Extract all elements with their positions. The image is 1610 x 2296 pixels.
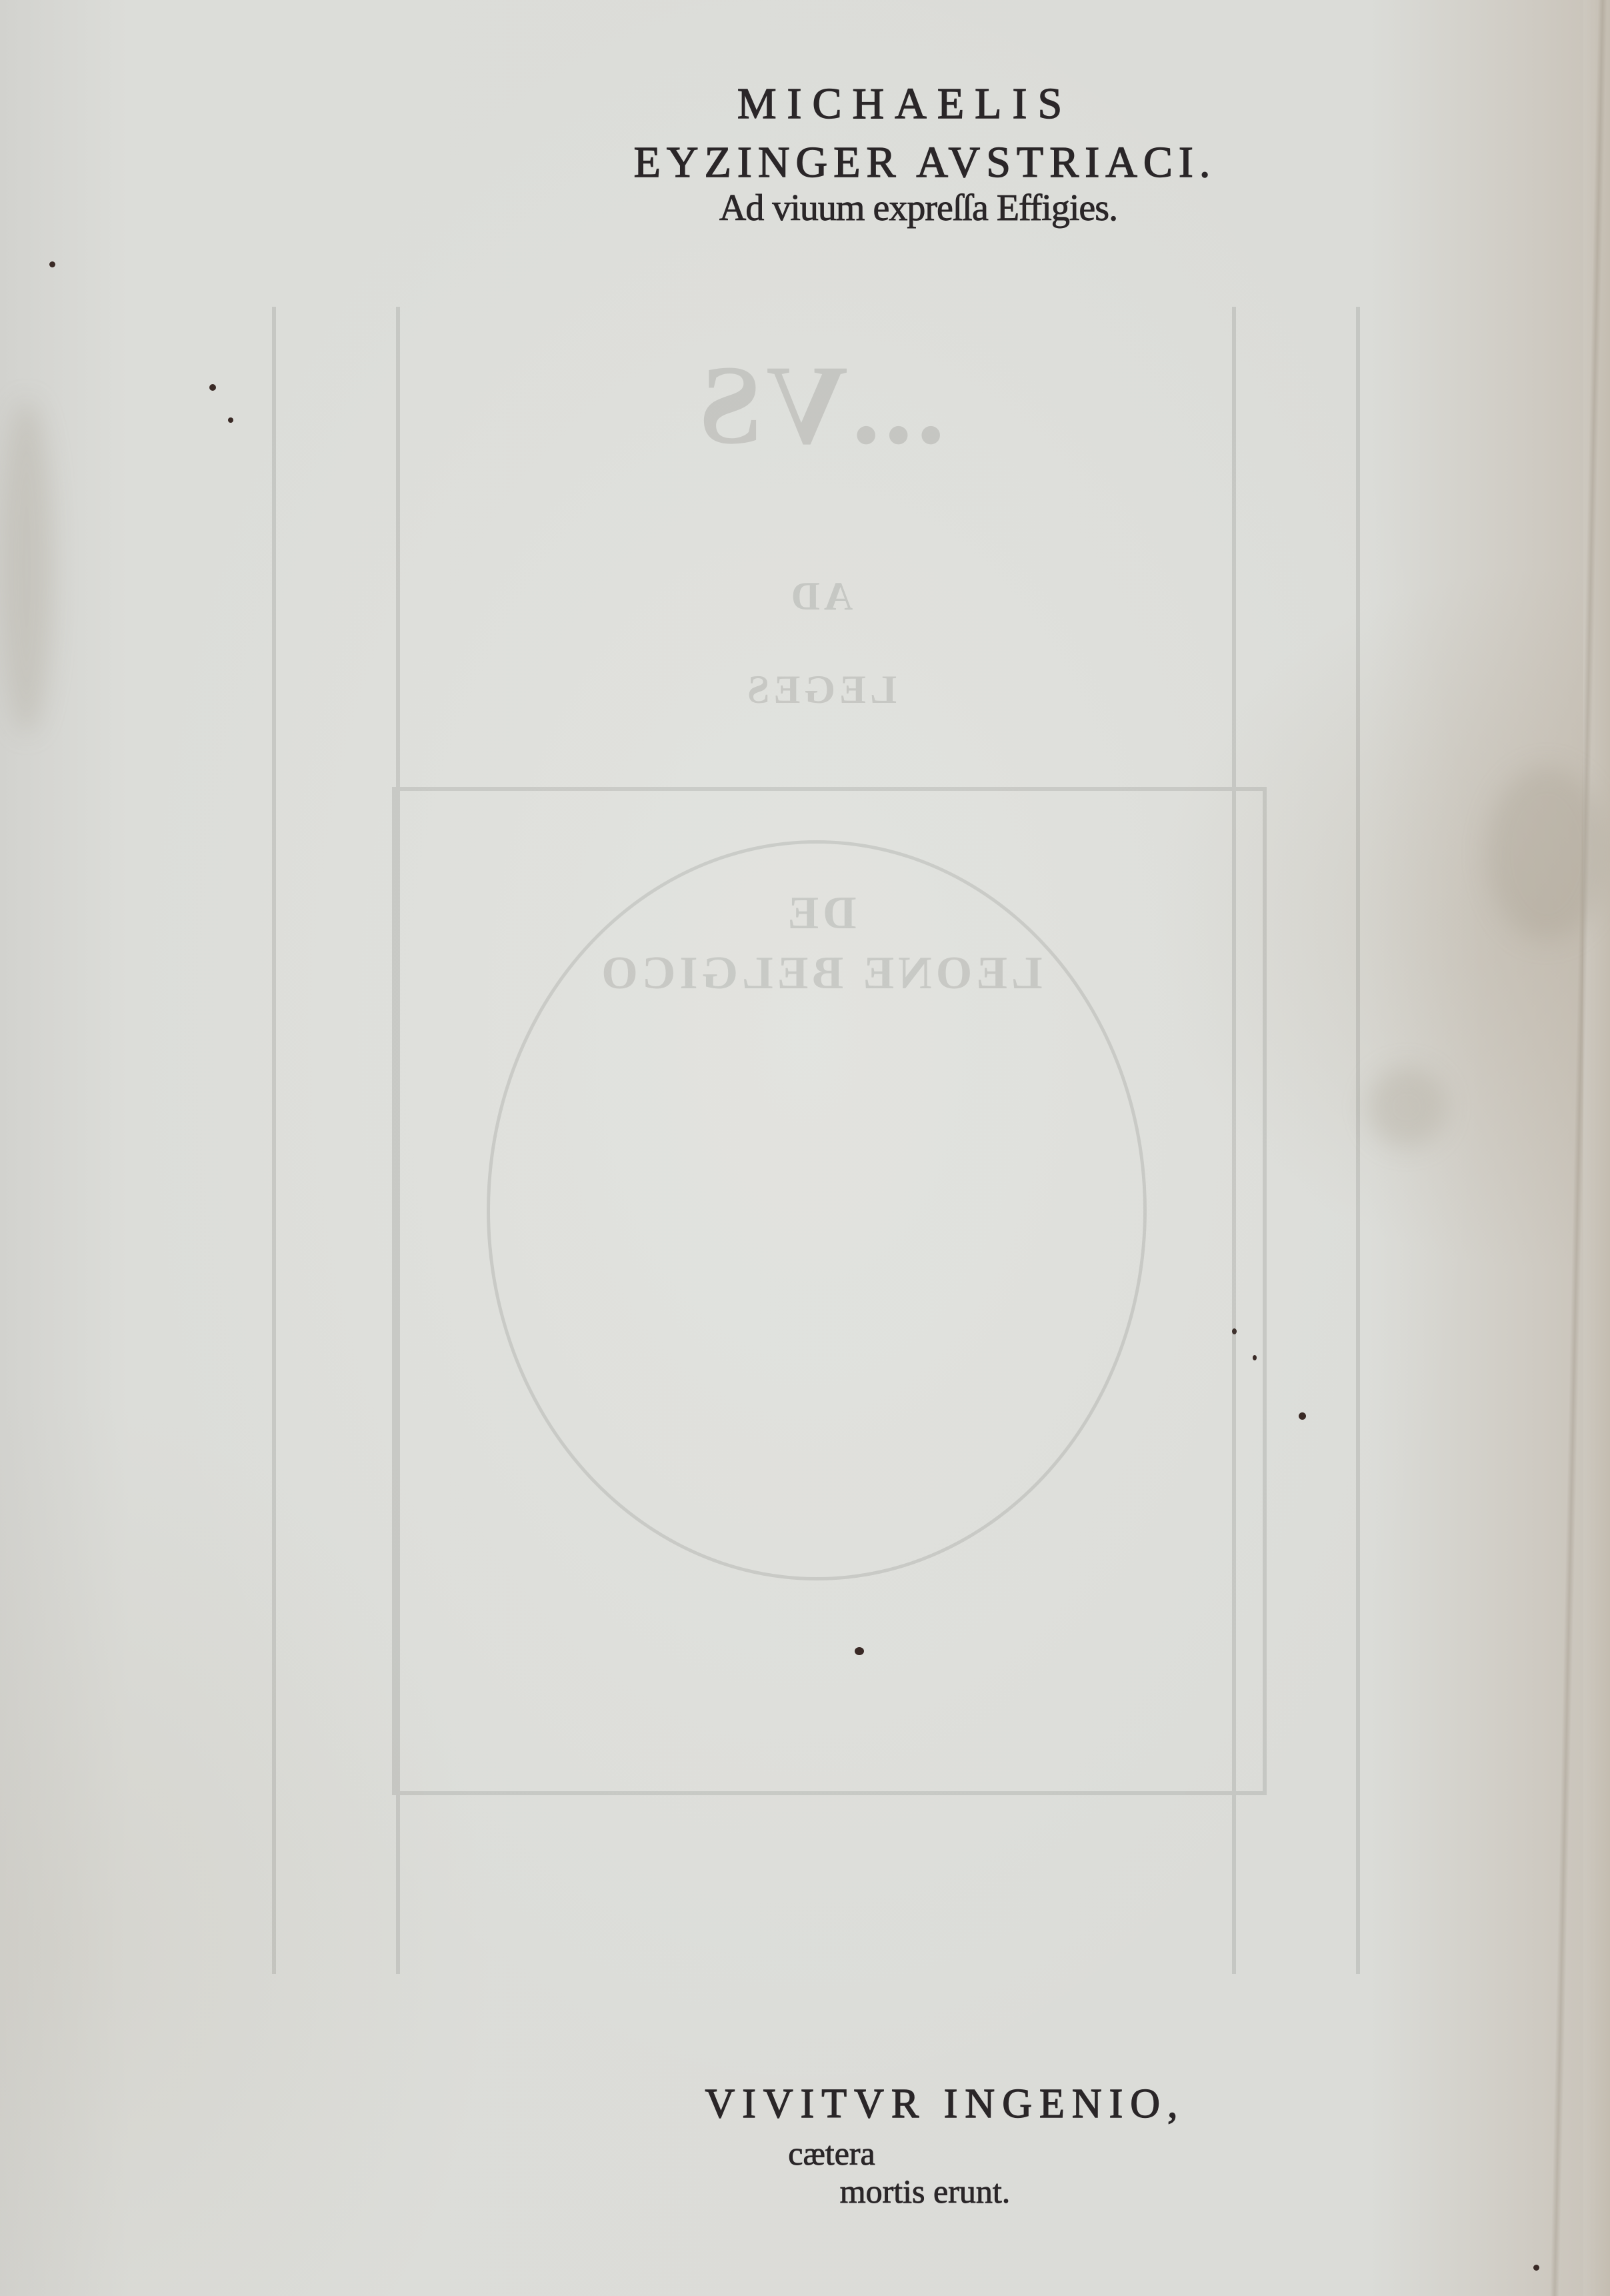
motto-line-2: cætera xyxy=(0,2134,1610,2173)
ink-speck xyxy=(209,384,216,391)
show-through-text: ...VS xyxy=(240,340,1400,470)
ink-speck xyxy=(1253,1355,1257,1360)
show-through-text: LEONE BELGICO xyxy=(240,947,1400,1000)
ink-speck xyxy=(228,417,233,423)
ink-speck xyxy=(1533,2265,1539,2271)
paper-stain xyxy=(0,400,53,734)
engraved-column xyxy=(1232,307,1360,1974)
heading-subtitle: Ad viuum expreſſa Effigies. xyxy=(0,187,1610,229)
heading-line-surname: EYZINGER AVSTRIACI. xyxy=(0,137,1610,188)
motto-line-3: mortis erunt. xyxy=(0,2172,1610,2211)
paper-stain xyxy=(1487,767,1607,940)
engraved-column xyxy=(272,307,400,1974)
engraved-frame xyxy=(392,787,1267,1795)
heading-line-name: MICHAELIS xyxy=(0,79,1610,129)
show-through-text: LEGES xyxy=(240,667,1400,713)
ink-speck xyxy=(1232,1328,1237,1334)
show-through-text: DE xyxy=(240,887,1400,940)
ink-speck xyxy=(49,261,55,267)
show-through-bleed: ...VS AD LEGES DE LEONE BELGICO xyxy=(240,240,1400,2041)
engraved-oval xyxy=(487,840,1147,1580)
motto-line-1: VIVITVR INGENIO, xyxy=(0,2081,1610,2128)
ink-speck xyxy=(855,1647,864,1655)
show-through-text: AD xyxy=(240,573,1400,620)
paper-stain xyxy=(1367,1067,1447,1147)
ink-speck xyxy=(1299,1412,1306,1420)
document-page: ...VS AD LEGES DE LEONE BELGICO MICHAELI… xyxy=(0,0,1610,2296)
